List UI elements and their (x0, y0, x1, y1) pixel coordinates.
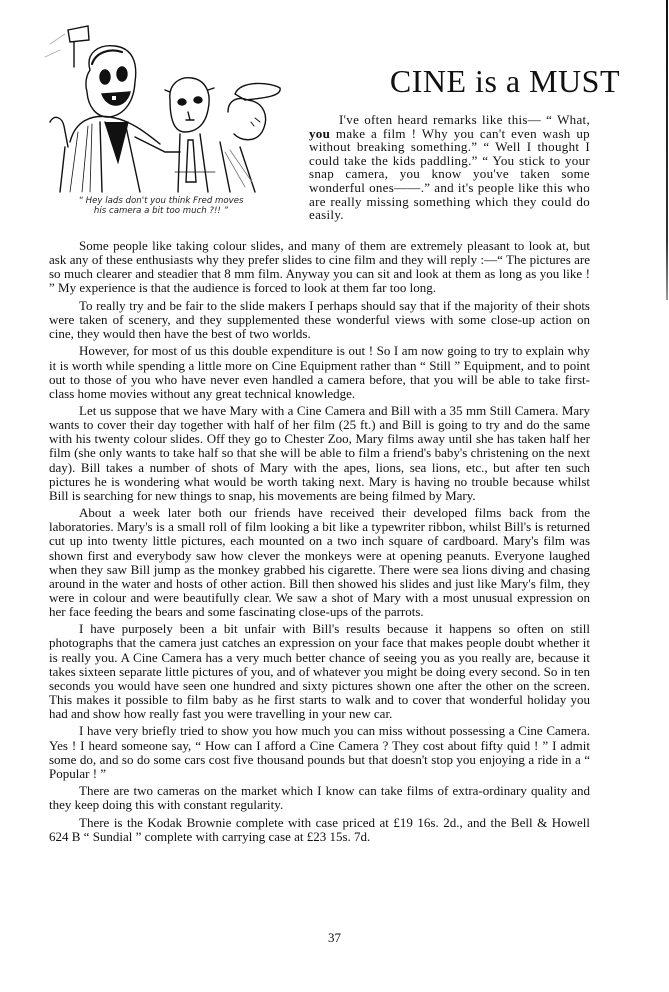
caption-line-1: “ Hey lads don't you think Fred moves (36, 196, 286, 206)
page-edge-line (666, 0, 668, 300)
caption-line-2: his camera a bit too much ?!! ” (36, 206, 286, 216)
intro-paragraph: I've often heard remarks like this— “ Wh… (309, 113, 590, 222)
paragraph: There are two cameras on the market whic… (49, 784, 590, 812)
paragraph: I have very briefly tried to show you ho… (49, 724, 590, 780)
paragraph: Some people like taking colour slides, a… (49, 239, 590, 295)
paragraph: There is the Kodak Brownie complete with… (49, 816, 590, 844)
page-number: 37 (0, 930, 669, 946)
article-title: CINE is a MUST (340, 63, 620, 99)
paragraph: I have purposely been a bit unfair with … (49, 622, 590, 721)
cartoon-illustration-icon (30, 22, 285, 197)
article-body: Some people like taking colour slides, a… (49, 239, 590, 847)
paragraph: About a week later both our friends have… (49, 506, 590, 619)
paragraph: To really try and be fair to the slide m… (49, 299, 590, 341)
paragraph: Let us suppose that we have Mary with a … (49, 404, 590, 503)
cartoon-caption: “ Hey lads don't you think Fred moves hi… (36, 196, 286, 216)
paragraph: However, for most of us this double expe… (49, 344, 590, 400)
